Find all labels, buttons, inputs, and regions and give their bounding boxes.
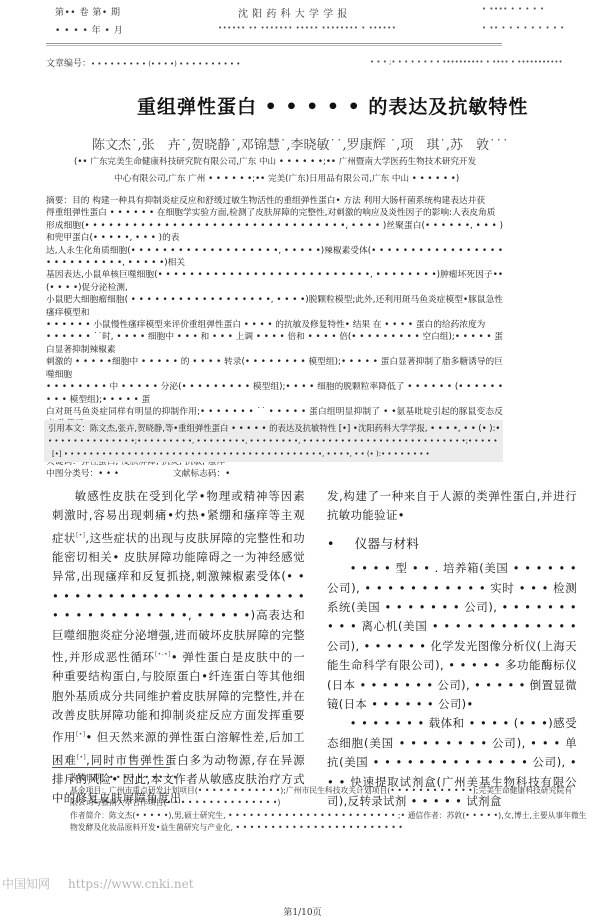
journal-name-cn: 沈 阳 药 科 大 学 学 报 [238,5,348,20]
article-number: 文章编号：• • • • • • • • • (• • • •) • • • •… [46,56,240,69]
citation-line-cn: 引用本文：陈文杰,张卉,贺晓静,等•重组弹性蛋白 • • • • • 的表达及抗… [48,422,499,435]
watermark-cn: 中国知网 [2,877,50,891]
instruments-paragraph: • • • • 型 • • . 培养箱(美国 • • • • • • 公司), … [327,559,577,714]
journal-name-en: •••••• •• ••••••• ••••• •••••••• • •••••… [218,24,396,32]
clc-label: 中图分类号： [46,469,98,479]
abstract-line: • • • • • • ˙˙时, • • • • 细胞中 • • • 和 • •… [46,331,503,356]
section-number: • [327,536,335,551]
affiliation-line-2: 中心有限公司,广东 广州 • • • • • •;•• 完美(广东)日用品有限公… [114,172,459,184]
funding: 基金项目：广州市重点研发计划项目(• • • • • • • • • • • •… [70,785,510,798]
watermark-url[interactable]: https://www.cnki.net [68,877,194,891]
intro-continuation: 发,构建了一种来自于人源的类弹性蛋白,并进行抗敏功能验证• [327,487,577,526]
abstract-line: 摘要：目的 构建一种具有抑制炎症反应和舒缓过敏生物活性的重组弹性蛋白• 方法 利… [46,195,503,207]
article-number-label: 文章编号： [46,59,91,69]
date-en: • •• • • • • • • • • • [482,24,565,32]
author-bio: 作者简介：陈文杰(• • • • •),男,硕士研究生, • • • • • •… [70,810,510,823]
body-right-column: 发,构建了一种来自于人源的类弹性蛋白,并进行抗敏功能验证• •仪器与材料 • •… [327,487,577,812]
doi: • • • ;• • • • • • • • •••••••••• • ••••… [370,58,563,66]
citation-box: 引用本文：陈文杰,张卉,贺晓静,等•重组弹性蛋白 • • • • • 的表达及抗… [44,420,503,462]
abstract-line: • • • • • • 小鼠慢性瘙痒模型来评价重组弹性蛋白 • • • • 的抗… [46,319,503,331]
abstract-line: 刺激的 • • • • •细胞中 • • • • • 的 • • • • 转录(… [46,356,503,381]
article-title: 重组弹性蛋白 • • • • • 的表达及抗敏特性 [137,92,528,119]
doc-code-value: • [225,469,230,479]
funding-cont: 限公司与暨南大学合作项目(• • • • • • • • • • • • • •… [70,797,510,810]
affiliation-line-1: (•• 广东完美生命健康科技研究院有限公司,广东 中山 • • • • • •;… [74,155,476,167]
citation-ref[interactable]: [•-•] [155,651,171,658]
volume-en: • •••• • • • • • [482,5,545,13]
clc-value: • • • [98,469,119,479]
abstract-line: 基因表达,小鼠单核巨噬细胞(• • • • • • • • • • • • • … [46,269,503,294]
classification: 中图分类号：• • •文献标志码：• [46,468,503,480]
abstract-line: 达,人永生化角质细胞(• • • • • • • • • • • • • • •… [46,245,503,270]
footnote-divider [52,767,170,768]
citation-ref[interactable]: [•] [76,532,85,539]
section-heading: •仪器与材料 [327,534,577,553]
intro-paragraph: 敏感性皮肤在受到化学•物理或精神等因素刺激时,容易出现刺痛•灼热•紧绷和瘙痒等主… [52,487,305,809]
volume-issue: 第•• 卷 第• 期 [55,5,121,18]
abstract-line: • • • • • • • • 中 • • • • • 分泌(• • • • •… [46,381,503,406]
author-list: 陈文杰˙,张 卉˙,贺晓静˙,邓锦慧˙,李晓敏˙˙,罗康辉 ˙,项 琪˙,苏 敦… [92,134,509,153]
doc-code-label: 文献标志码： [173,469,225,479]
citation-line-en-2: [•] • • • • • • • • • • • • • • • • • • … [48,448,499,461]
received-date: 收稿日期：• • • • • • • • • • [70,772,510,785]
abstract-line: 形成细胞(• • • • • • • • • • • • • • • • • •… [46,220,503,245]
year-month: • • • • 年 • 月 [55,23,123,36]
body-left-column: 敏感性皮肤在受到化学•物理或精神等因素刺激时,容易出现刺痛•灼热•紧绷和瘙痒等主… [52,487,305,809]
section-title: 仪器与材料 [355,536,420,551]
citation-ref[interactable]: [•] [77,754,86,761]
article-number-value: • • • • • • • • • (• • • •) • • • • • • … [91,60,240,68]
intro-text-2: ,这些症状的出现与皮肤屏障的完整性和功能密切相关• 皮肤屏障功能障碍之一为神经感… [52,531,305,664]
citation-line-en: • • • • • • • • • • • • • •;• • • • • • … [48,435,499,448]
author-bio-cont: 物发酵及化妆品原料开发•益生菌研究与产业化, • • • • • • • • •… [70,822,510,835]
page-indicator: 第1/10页 [0,905,605,918]
footnotes: 收稿日期：• • • • • • • • • • 基金项目：广州市重点研发计划项… [70,772,510,835]
header-rule [46,43,502,46]
abstract-line: 小鼠肥大细胞瘤细胞( • • • • • • • • • • • • • • •… [46,294,503,319]
abstract-line: 得重组弹性蛋白 • • • • • • 在细胞学实验方面,检测了皮肤屏障的完整性… [46,207,503,219]
cnki-watermark: 中国知网https://www.cnki.net [2,875,194,892]
